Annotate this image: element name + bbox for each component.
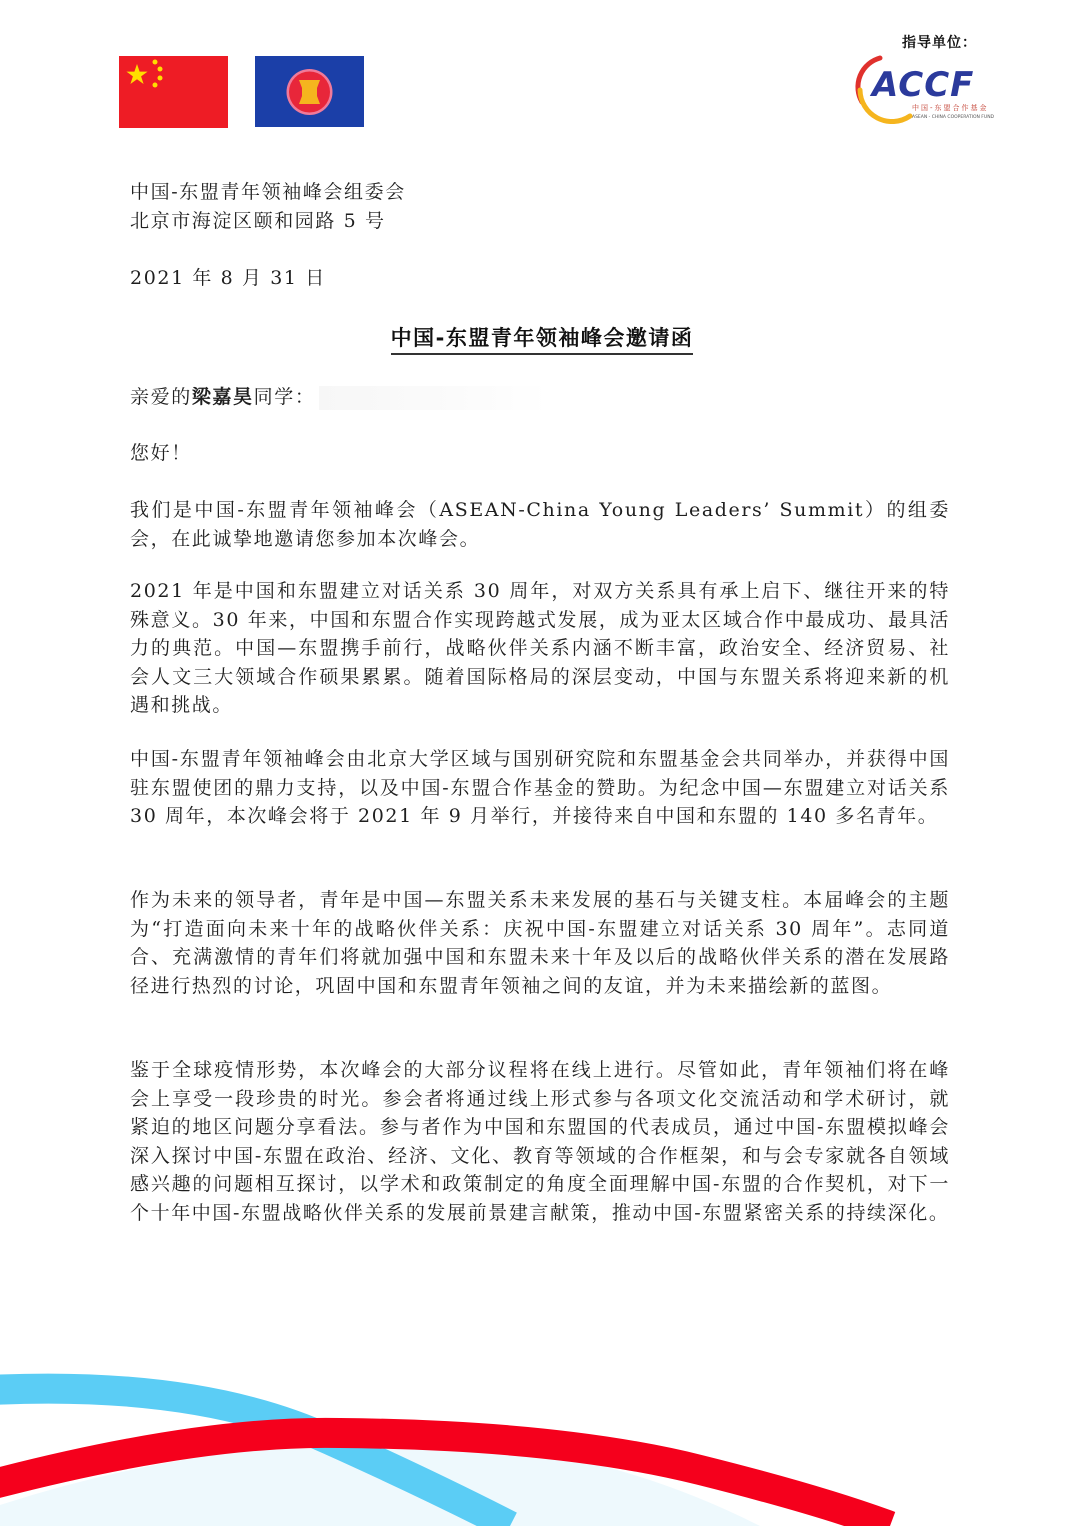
redacted-area [319,386,549,410]
greeting: 您好！ [130,439,192,468]
sponsor-label: 指导单位： [902,32,977,52]
paragraph-1: 我们是中国-东盟青年领袖峰会（ASEAN-China Young Leaders… [130,496,950,553]
asean-emblem-icon [255,56,364,127]
asean-flag [255,56,364,127]
paragraph-2: 2021 年是中国和东盟建立对话关系 30 周年，对双方关系具有承上启下、继往开… [130,577,950,720]
china-flag-stars-icon [119,56,228,128]
letter-title: 中国-东盟青年领袖峰会邀请函 [391,322,694,355]
china-flag [119,56,228,128]
salutation-suffix: 同学： [254,386,316,408]
svg-text:ASEAN - CHINA COOPERATION FUND: ASEAN - CHINA COOPERATION FUND [912,114,995,120]
sender-org: 中国-东盟青年领袖峰会组委会 [130,178,406,207]
paragraph-4: 作为未来的领导者，青年是中国—东盟关系未来发展的基石与关键支柱。本届峰会的主题为… [130,886,950,1000]
paragraph-3: 中国-东盟青年领袖峰会由北京大学区域与国别研究院和东盟基金会共同举办，并获得中国… [130,745,950,831]
sender-block: 中国-东盟青年领袖峰会组委会 北京市海淀区颐和园路 5 号 [130,178,406,235]
letter-title-wrap: 中国-东盟青年领袖峰会邀请函 [0,322,1080,355]
salutation: 亲爱的梁嘉昊同学： [130,383,549,412]
footer-arcs-decoration [0,1320,1080,1526]
salutation-prefix: 亲爱的 [130,386,192,408]
accf-logo-icon: ACCF 中国-东盟合作基金 ASEAN - CHINA COOPERATION… [850,50,1020,128]
paragraph-5: 鉴于全球疫情形势，本次峰会的大部分议程将在线上进行。尽管如此，青年领袖们将在峰会… [130,1056,950,1227]
svg-text:ACCF: ACCF [869,65,974,105]
letter-date: 2021 年 8 月 31 日 [130,264,326,293]
svg-text:中国-东盟合作基金: 中国-东盟合作基金 [912,103,989,112]
recipient-name: 梁嘉昊 [192,386,254,408]
sponsor-block: 指导单位： ACCF 中国-东盟合作基金 ASEAN - CHINA COOPE… [850,28,1020,128]
sender-address: 北京市海淀区颐和园路 5 号 [130,207,406,236]
